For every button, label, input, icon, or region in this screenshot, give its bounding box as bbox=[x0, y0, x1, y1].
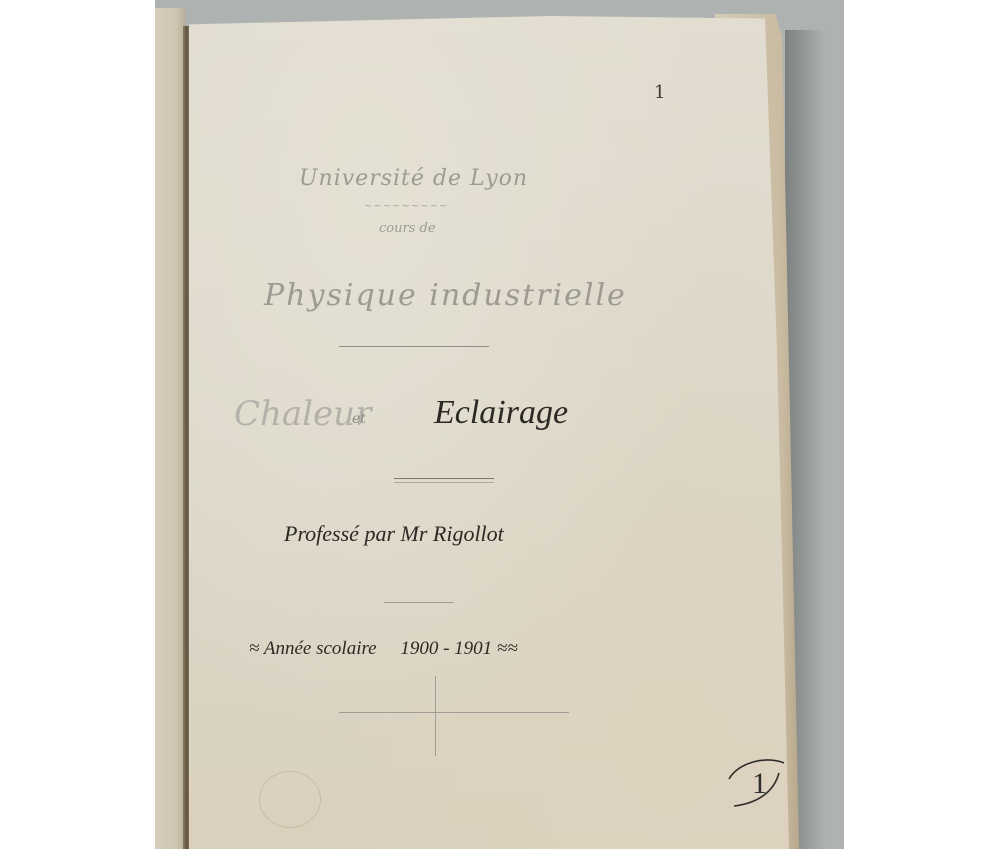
subject-conjunction: et bbox=[352, 411, 366, 427]
pencil-guide-line bbox=[339, 712, 569, 713]
course-title: Physique industrielle bbox=[264, 278, 627, 313]
page-number: 1 bbox=[654, 82, 665, 103]
title-page: 1 Université de Lyon ~~~~~~~~~ cours de … bbox=[189, 16, 789, 849]
divider-rule bbox=[339, 346, 489, 347]
institution-heading: Université de Lyon bbox=[299, 166, 528, 191]
decorative-arrow bbox=[384, 602, 454, 603]
water-stain bbox=[259, 771, 321, 828]
facing-page-edge bbox=[155, 8, 185, 849]
pencil-vertical-guide bbox=[435, 676, 436, 756]
school-year: 1900 - 1901 bbox=[400, 638, 492, 659]
volume-mark-circle: 1 bbox=[724, 751, 794, 811]
subject-chaleur: Chaleur bbox=[234, 394, 371, 434]
svg-text:1: 1 bbox=[752, 767, 767, 800]
subject-eclairage: Eclairage bbox=[434, 394, 568, 432]
divider-rule-double-2 bbox=[394, 482, 494, 483]
school-year-label: Année scolaire bbox=[264, 638, 377, 659]
flourish-right: ≈≈ bbox=[497, 638, 518, 659]
professor-line: Professé par Mr Rigollot bbox=[284, 521, 504, 547]
school-year-line: ≈ Année scolaire 1900 - 1901 ≈≈ bbox=[249, 638, 518, 660]
ornament-divider: ~~~~~~~~~ bbox=[364, 201, 448, 212]
course-prefix: cours de bbox=[379, 221, 436, 236]
divider-rule-double bbox=[394, 478, 494, 479]
flourish-left: ≈ bbox=[249, 638, 259, 659]
notebook-photo: 1 Université de Lyon ~~~~~~~~~ cours de … bbox=[155, 0, 844, 849]
